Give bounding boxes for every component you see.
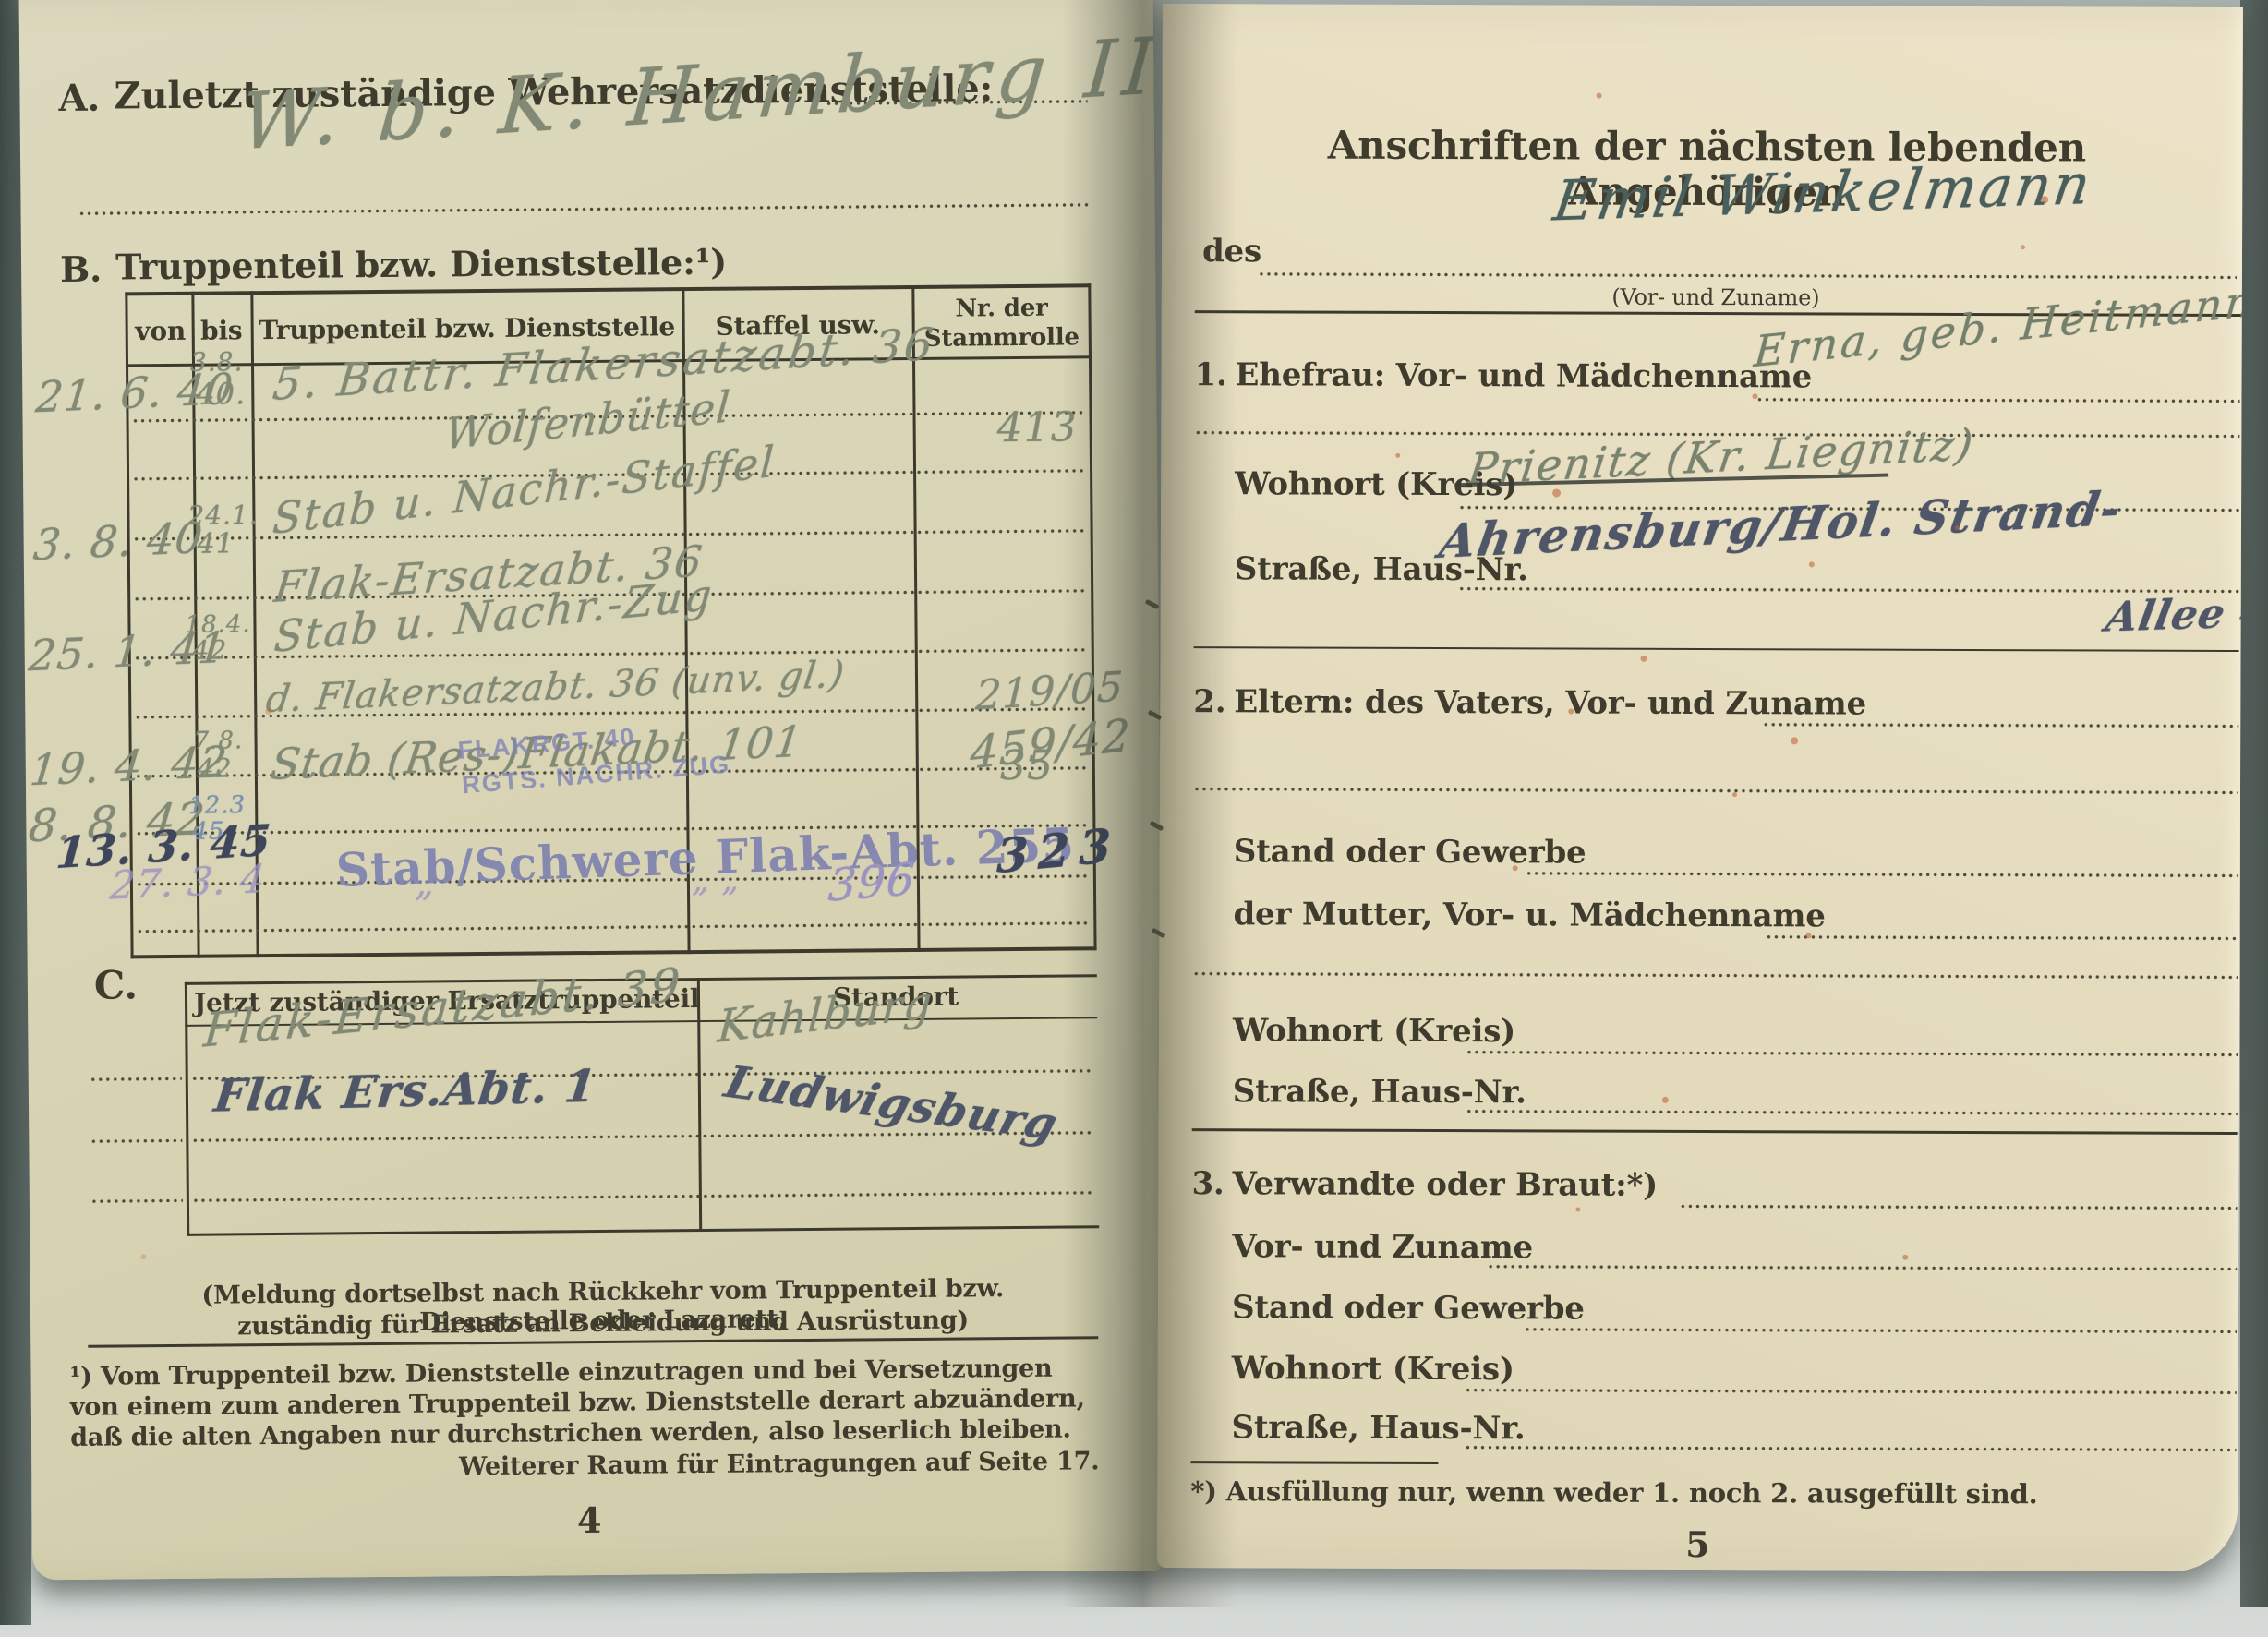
entry-bis: 24.1.	[187, 500, 259, 531]
section-a-label: A.	[58, 77, 100, 120]
entry-stammrolle: 396	[826, 853, 917, 912]
entry-bis: 12.3	[188, 791, 246, 820]
col-header-bis: bis	[194, 315, 249, 346]
col-header-von: von	[131, 316, 190, 347]
dotted-line	[1466, 1109, 2238, 1116]
entry-bis: 40.	[196, 376, 246, 411]
ditto-mark: „	[415, 862, 435, 905]
book-cover-right-edge	[2240, 0, 2268, 1607]
entry-bis: 7.8.	[193, 727, 243, 754]
entry-stammrolle: 459/42	[970, 709, 1131, 779]
dotted-line	[1466, 1050, 2238, 1057]
dotted-line	[1487, 1264, 2237, 1271]
dotted-line	[1465, 1388, 2237, 1395]
wohnort-label: Wohnort (Kreis)	[1233, 1012, 1515, 1050]
section2-title: Eltern: des Vaters, Vor- und Zuname	[1234, 683, 1866, 722]
table-row-line	[192, 1190, 1093, 1203]
dotted-line	[1765, 934, 2238, 941]
wehrpass-scan: A. Zuletzt zuständige Wehrersatzdienstst…	[0, 0, 2268, 1637]
entry-von: 27. 3. 4	[108, 856, 268, 909]
strasse-label: Straße, Haus-Nr.	[1233, 1073, 1526, 1111]
section2-number: 2.	[1193, 683, 1225, 720]
des-label: des	[1202, 233, 1261, 270]
section1-number: 1.	[1194, 356, 1226, 393]
dotted-line	[1192, 971, 2238, 980]
strasse-label: Straße, Haus-Nr.	[1232, 1409, 1526, 1447]
section3-title: Verwandte oder Braut:*)	[1232, 1165, 1658, 1204]
entry-von: 3. 8. 40	[31, 512, 206, 570]
table-row-line	[136, 921, 1089, 933]
stand-label: Stand oder Gewerbe	[1234, 833, 1586, 871]
vor-zuname-label: Vor- und Zuname	[1232, 1228, 1533, 1266]
page-left: A. Zuletzt zuständige Wehrersatzdienstst…	[19, 0, 1167, 1580]
entry-unit: Stab u. Nachr.-Staffel	[271, 436, 778, 544]
entry-stammrolle: 323	[996, 817, 1120, 884]
entry-ersatztruppenteil: Flak-Ersatzabt. 39	[202, 957, 685, 1058]
footnote-star: *) Ausfüllung nur, wenn weder 1. noch 2.…	[1190, 1475, 2037, 1510]
footnote-rule	[1190, 1461, 1438, 1464]
dotted-line	[1755, 397, 2239, 403]
entry-bis: 42	[198, 752, 233, 783]
section-c-label: C.	[94, 962, 138, 1007]
section-b-title: Truppenteil bzw. Dienststelle:¹)	[115, 241, 727, 288]
table-border-bottom	[131, 946, 1097, 958]
dotted-line	[1464, 1445, 2236, 1452]
page-right: Anschriften der nächsten lebenden Angehö…	[1157, 4, 2243, 1571]
section1-title: Ehefrau: Vor- und Mädchenname	[1235, 356, 1812, 395]
entry-ersatztruppenteil: Flak Ers.Abt. 1	[211, 1061, 599, 1123]
entry-bis: 3.8.	[190, 346, 244, 377]
dotted-line	[1526, 871, 2238, 878]
table-row-line	[90, 1138, 182, 1144]
section3-number: 3.	[1191, 1165, 1224, 1202]
ditto-mark: „ „	[692, 861, 740, 899]
table-c-border-left	[185, 982, 189, 1236]
more-room-note: Weiterer Raum für Eintragungen auf Seite…	[401, 1447, 1099, 1482]
table-row-line	[90, 1077, 182, 1082]
dotted-line	[1679, 1204, 2237, 1210]
stand-label: Stand oder Gewerbe	[1232, 1289, 1585, 1327]
dotted-line	[1258, 271, 2237, 280]
dotted-line	[78, 202, 1089, 216]
col-header-stammrolle: Nr. der Stammrolle	[922, 293, 1081, 353]
page-number-right: 5	[1685, 1523, 1709, 1565]
dotted-line	[1193, 787, 2238, 795]
handwritten-wehrersatzdienststelle: W. b. K. Hamburg II	[237, 20, 1164, 168]
mutter-label: der Mutter, Vor- u. Mädchenname	[1233, 896, 1825, 934]
entry-bis: 41	[198, 527, 235, 560]
table-c-border-bottom	[187, 1225, 1099, 1236]
entry-stammrolle: 413	[996, 403, 1077, 451]
section-b-label: B.	[60, 248, 102, 290]
page-number-left: 4	[577, 1499, 602, 1541]
dotted-line	[1524, 1327, 2237, 1334]
name-caption: (Vor- und Zuname)	[1439, 283, 1993, 311]
handwritten-strasse: Ahrensburg/Hol. Strand-	[1436, 480, 2127, 569]
wohnort-label: Wohnort (Kreis)	[1232, 1350, 1514, 1388]
divider-rule	[1194, 646, 2239, 652]
divider-rule	[1192, 1128, 2238, 1135]
table-row-line	[90, 1198, 183, 1204]
entry-stammrolle: 219/05	[974, 663, 1125, 719]
dotted-line	[1762, 722, 2238, 728]
footnote-1: ¹) Vom Truppenteil bzw. Dienststelle ein…	[69, 1353, 1097, 1453]
handwritten-strasse-line2: Allee 4	[2103, 589, 2243, 642]
entry-bis: 42	[193, 634, 228, 665]
